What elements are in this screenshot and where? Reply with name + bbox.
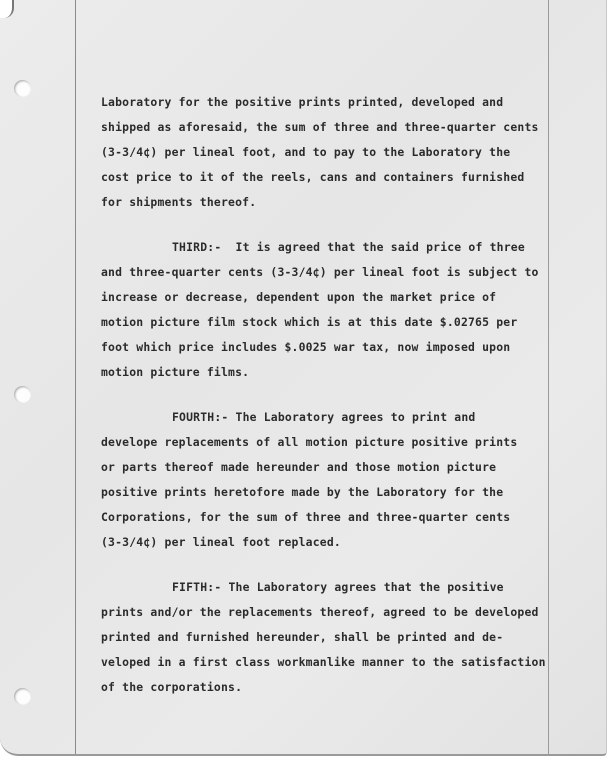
paragraph-third: THIRD:- It is agreed that the said price… xyxy=(101,235,561,385)
text-line: increase or decrease, dependent upon the… xyxy=(101,285,561,310)
text-line: develope replacements of all motion pict… xyxy=(101,430,561,455)
text-line: shipped as aforesaid, the sum of three a… xyxy=(101,115,561,140)
text-line: Corporations, for the sum of three and t… xyxy=(101,505,561,530)
text-line: THIRD:- It is agreed that the said price… xyxy=(101,235,561,260)
punch-hole-bottom xyxy=(14,688,31,705)
paragraph-fourth: FOURTH:- The Laboratory agrees to print … xyxy=(101,405,561,555)
text-line: for shipments thereof. xyxy=(101,190,561,215)
paragraph-fifth: FIFTH:- The Laboratory agrees that the p… xyxy=(101,575,561,700)
left-margin-rule xyxy=(75,0,76,754)
punch-hole-top xyxy=(14,80,31,97)
text-line: (3-3/4¢) per lineal foot, and to pay to … xyxy=(101,140,561,165)
text-line: Laboratory for the positive prints print… xyxy=(101,90,561,115)
text-line: FOURTH:- The Laboratory agrees to print … xyxy=(101,405,561,430)
document-page: Laboratory for the positive prints print… xyxy=(0,0,607,756)
text-line: prints and/or the replacements thereof, … xyxy=(101,600,561,625)
text-line: cost price to it of the reels, cans and … xyxy=(101,165,561,190)
text-line: and three-quarter cents (3-3/4¢) per lin… xyxy=(101,260,561,285)
text-line: motion picture films. xyxy=(101,360,561,385)
text-line: FIFTH:- The Laboratory agrees that the p… xyxy=(101,575,561,600)
text-line: of the corporations. xyxy=(101,675,561,700)
text-line: foot which price includes $.0025 war tax… xyxy=(101,335,561,360)
torn-corner xyxy=(0,0,14,18)
text-line: motion picture film stock which is at th… xyxy=(101,310,561,335)
document-body: Laboratory for the positive prints print… xyxy=(101,90,561,700)
text-line: veloped in a first class workmanlike man… xyxy=(101,650,561,675)
text-line: positive prints heretofore made by the L… xyxy=(101,480,561,505)
paragraph-continuation: Laboratory for the positive prints print… xyxy=(101,90,561,215)
text-line: printed and furnished hereunder, shall b… xyxy=(101,625,561,650)
text-line: (3-3/4¢) per lineal foot replaced. xyxy=(101,530,561,555)
punch-hole-middle xyxy=(14,386,31,403)
text-line: or parts thereof made hereunder and thos… xyxy=(101,455,561,480)
